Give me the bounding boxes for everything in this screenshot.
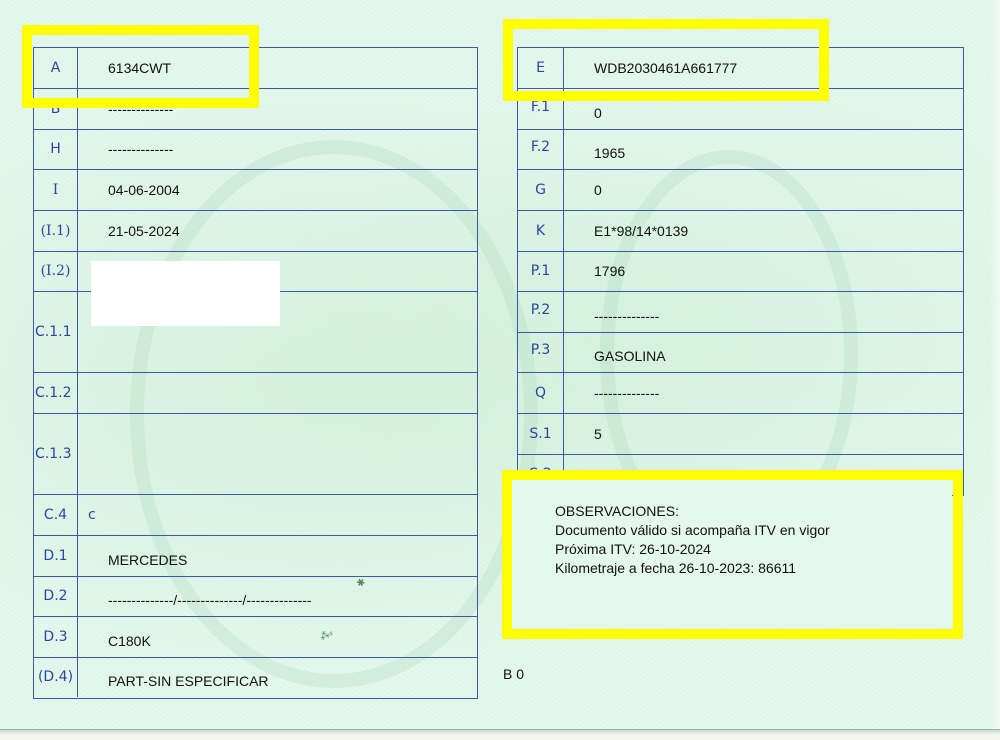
field-row-C13: C.1.3 bbox=[34, 414, 477, 495]
field-row-F2: F.2 1965 bbox=[518, 129, 963, 170]
left-fields-table: A 6134CWT B -------------- H -----------… bbox=[33, 47, 478, 699]
field-code: I bbox=[34, 170, 78, 210]
field-code: (I.1) bbox=[34, 211, 78, 251]
field-value-fuel: GASOLINA bbox=[564, 332, 963, 372]
field-code: K bbox=[518, 211, 564, 251]
field-code: Q bbox=[518, 373, 564, 413]
field-value-seats: 5 bbox=[564, 414, 963, 454]
field-code: P.1 bbox=[518, 251, 564, 291]
field-value-commercial-name: PART-SIN ESPECIFICAR bbox=[78, 657, 477, 697]
footer-code: B 0 bbox=[503, 666, 524, 682]
field-row-C4: C.4 c bbox=[34, 495, 477, 536]
field-code: D.2 bbox=[34, 576, 78, 616]
field-value: c bbox=[78, 495, 477, 535]
field-code: C.1.1 bbox=[34, 292, 78, 372]
field-value: -------------- bbox=[564, 373, 963, 413]
field-value bbox=[78, 373, 477, 413]
field-row-C12: C.1.2 bbox=[34, 373, 477, 414]
field-value bbox=[78, 414, 477, 494]
field-code: H bbox=[34, 129, 78, 169]
field-value-make: MERCEDES bbox=[78, 536, 477, 576]
field-code: P.2 bbox=[518, 292, 564, 332]
field-code: D.1 bbox=[34, 536, 78, 576]
highlight-box-observations bbox=[502, 470, 963, 639]
field-value: 0 bbox=[564, 170, 963, 210]
paper-edge-bottom bbox=[0, 729, 1000, 740]
field-row-H: H -------------- bbox=[34, 129, 477, 170]
field-row-D2: D.2 --------------/--------------/------… bbox=[34, 576, 477, 617]
paper-edge-right bbox=[990, 0, 1000, 730]
field-row-P3: P.3 GASOLINA bbox=[518, 332, 963, 373]
field-value: 1965 bbox=[564, 129, 963, 169]
field-row-I: I 04-06-2004 bbox=[34, 170, 477, 211]
field-row-G: G 0 bbox=[518, 170, 963, 211]
field-row-P1: P.1 1796 bbox=[518, 251, 963, 292]
highlight-box-plate bbox=[22, 25, 259, 108]
field-value-model: C180K bbox=[78, 617, 477, 657]
field-value-issue-date: 21-05-2024 bbox=[78, 211, 477, 251]
field-code: G bbox=[518, 170, 564, 210]
field-code: C.1.2 bbox=[34, 373, 78, 413]
field-value: -------------- bbox=[564, 292, 963, 332]
field-code: (I.2) bbox=[34, 251, 78, 291]
field-row-D3: D.3 C180K bbox=[34, 617, 477, 658]
field-row-I1: (I.1) 21-05-2024 bbox=[34, 211, 477, 252]
field-code: F.2 bbox=[518, 129, 564, 169]
field-code: (D.4) bbox=[34, 657, 78, 697]
field-row-P2: P.2 -------------- bbox=[518, 292, 963, 333]
field-row-K: K E1*98/14*0139 bbox=[518, 211, 963, 252]
field-value-type: --------------/--------------/----------… bbox=[78, 576, 477, 616]
field-row-D4: (D.4) PART-SIN ESPECIFICAR bbox=[34, 657, 477, 697]
field-code: C.4 bbox=[34, 495, 78, 535]
right-fields-table: E WDB2030461A661777 F.1 0 F.2 1965 G 0 K… bbox=[517, 47, 964, 496]
field-code: D.3 bbox=[34, 617, 78, 657]
field-value-displacement: 1796 bbox=[564, 251, 963, 291]
field-row-S1: S.1 5 bbox=[518, 414, 963, 455]
field-code: S.1 bbox=[518, 414, 564, 454]
field-row-Q: Q -------------- bbox=[518, 373, 963, 414]
field-row-D1: D.1 MERCEDES bbox=[34, 536, 477, 577]
highlight-box-vin bbox=[503, 19, 829, 101]
field-code: P.3 bbox=[518, 332, 564, 372]
field-value: -------------- bbox=[78, 129, 477, 169]
redaction-box bbox=[91, 261, 280, 326]
field-code: C.1.3 bbox=[34, 414, 78, 494]
field-value-type-approval: E1*98/14*0139 bbox=[564, 211, 963, 251]
field-value-first-registration-date: 04-06-2004 bbox=[78, 170, 477, 210]
